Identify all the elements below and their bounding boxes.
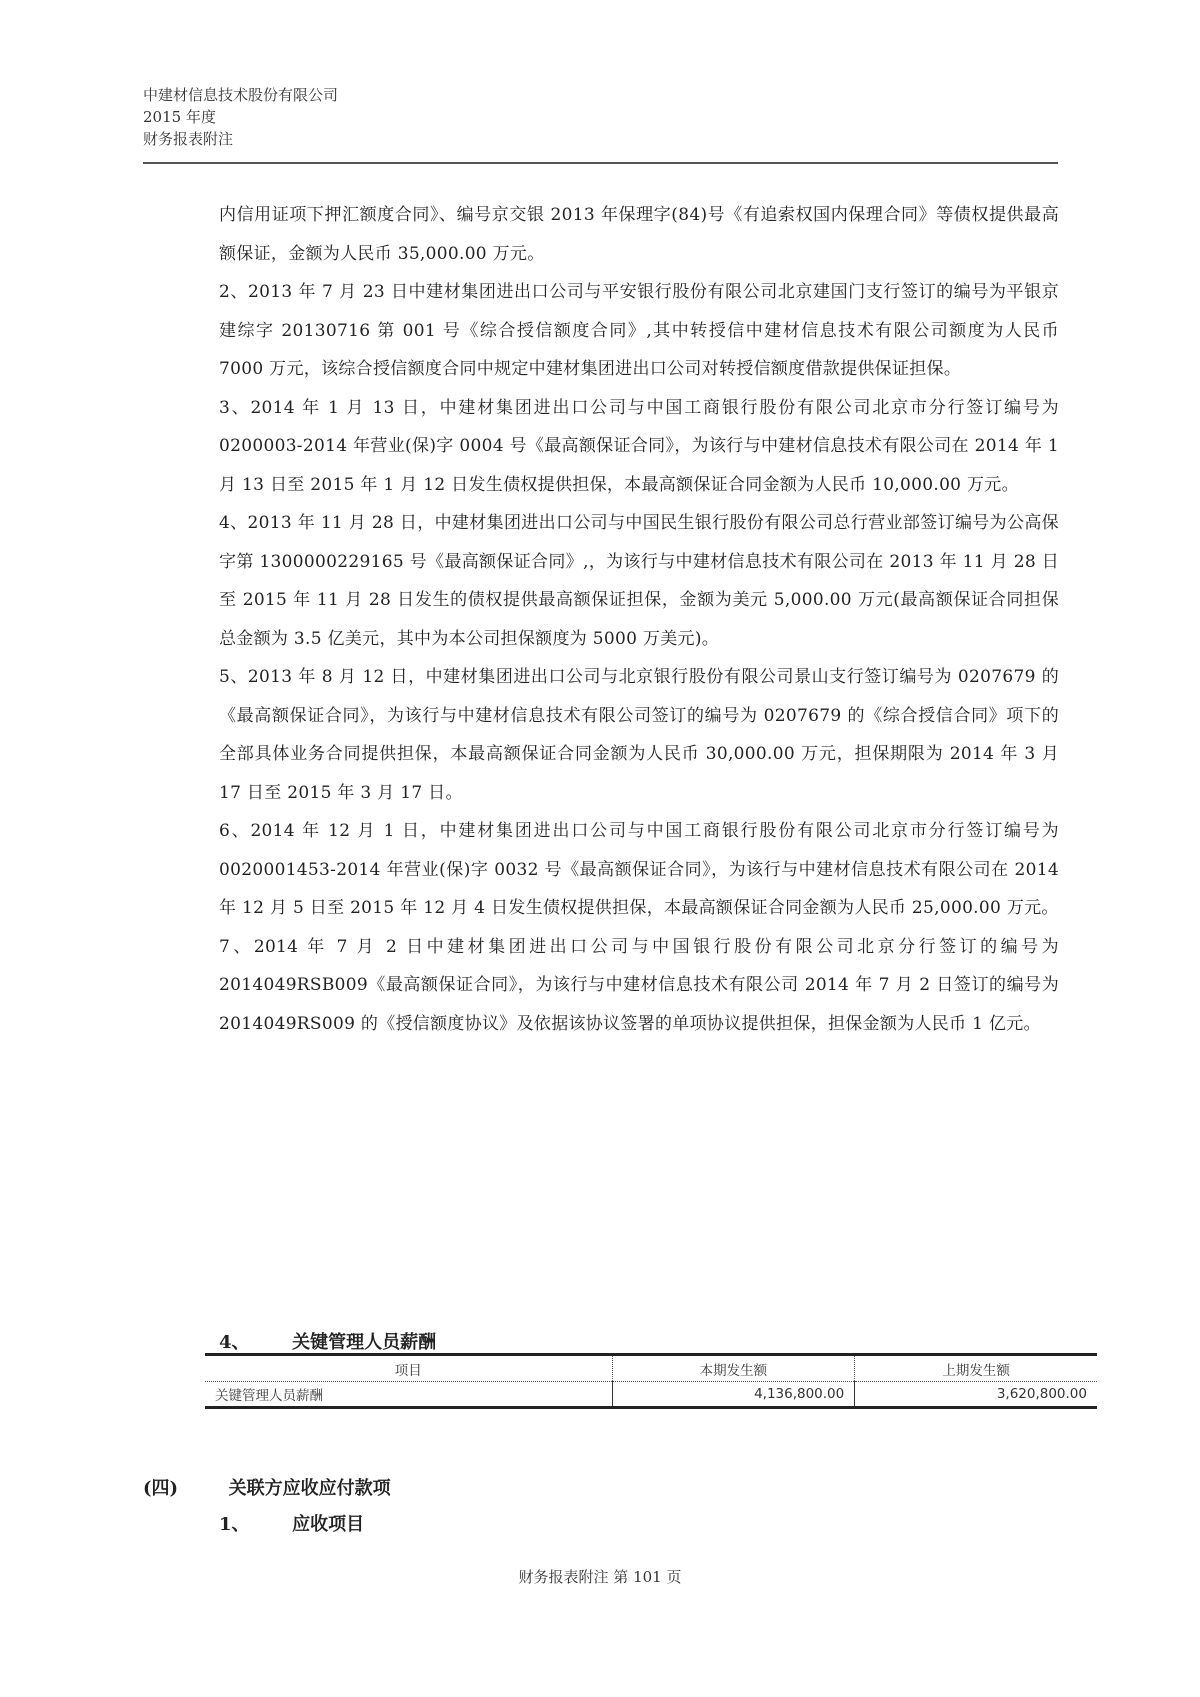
report-year: 2015 年度 [143, 106, 1058, 128]
paragraph-guarantee-7: 7、2014 年 7 月 2 日中建材集团进出口公司与中国银行股份有限公司北京分… [219, 928, 1059, 1044]
page-footer: 财务报表附注 第 101 页 [0, 1566, 1200, 1587]
key-management-compensation-table: 项目 本期发生额 上期发生额 关键管理人员薪酬 4,136,800.00 3,6… [205, 1353, 1097, 1409]
subsection-number: 1、 [219, 1514, 250, 1535]
cell-current-amount: 4,136,800.00 [612, 1382, 855, 1408]
paragraph-guarantee-2: 2、2013 年 7 月 23 日中建材集团进出口公司与平安银行股份有限公司北京… [219, 273, 1059, 389]
page-header: 中建材信息技术股份有限公司 2015 年度 财务报表附注 [143, 84, 1058, 150]
paragraph-guarantee-4: 4、2013 年 11 月 28 日，中建材集团进出口公司与中国民生银行股份有限… [219, 504, 1059, 658]
header-divider [143, 162, 1058, 164]
cell-prior-amount: 3,620,800.00 [855, 1382, 1097, 1408]
company-name: 中建材信息技术股份有限公司 [143, 84, 1058, 106]
section-iv-number: (四) [143, 1478, 178, 1499]
paragraph-guarantee-3: 3、2014 年 1 月 13 日，中建材集团进出口公司与中国工商银行股份有限公… [219, 389, 1059, 505]
paragraph-guarantee-5: 5、2013 年 8 月 12 日，中建材集团进出口公司与北京银行股份有限公司景… [219, 658, 1059, 812]
table-header-row: 项目 本期发生额 上期发生额 [205, 1355, 1097, 1382]
column-header-item: 项目 [205, 1355, 612, 1382]
section-4-heading: 4、 关键管理人员薪酬 [219, 1328, 436, 1354]
section-iv-heading: (四) 关联方应收应付款项 [143, 1474, 391, 1500]
section-4-number: 4、 [219, 1332, 250, 1353]
cell-item: 关键管理人员薪酬 [205, 1382, 612, 1408]
section-iv-title: 关联方应收应付款项 [229, 1478, 391, 1499]
paragraph-guarantee-6: 6、2014 年 12 月 1 日，中建材集团进出口公司与中国工商银行股份有限公… [219, 812, 1059, 928]
document-body: 内信用证项下押汇额度合同》、编号京交银 2013 年保理字(84)号《有追索权国… [219, 196, 1059, 1043]
section-4-title: 关键管理人员薪酬 [292, 1332, 436, 1353]
paragraph-guarantee-1-cont: 内信用证项下押汇额度合同》、编号京交银 2013 年保理字(84)号《有追索权国… [219, 196, 1059, 273]
column-header-prior-period: 上期发生额 [855, 1355, 1097, 1382]
subsection-title: 应收项目 [292, 1514, 364, 1535]
table-row: 关键管理人员薪酬 4,136,800.00 3,620,800.00 [205, 1382, 1097, 1408]
subsection-receivables-heading: 1、 应收项目 [219, 1510, 364, 1536]
column-header-current-period: 本期发生额 [612, 1355, 855, 1382]
document-title: 财务报表附注 [143, 128, 1058, 150]
